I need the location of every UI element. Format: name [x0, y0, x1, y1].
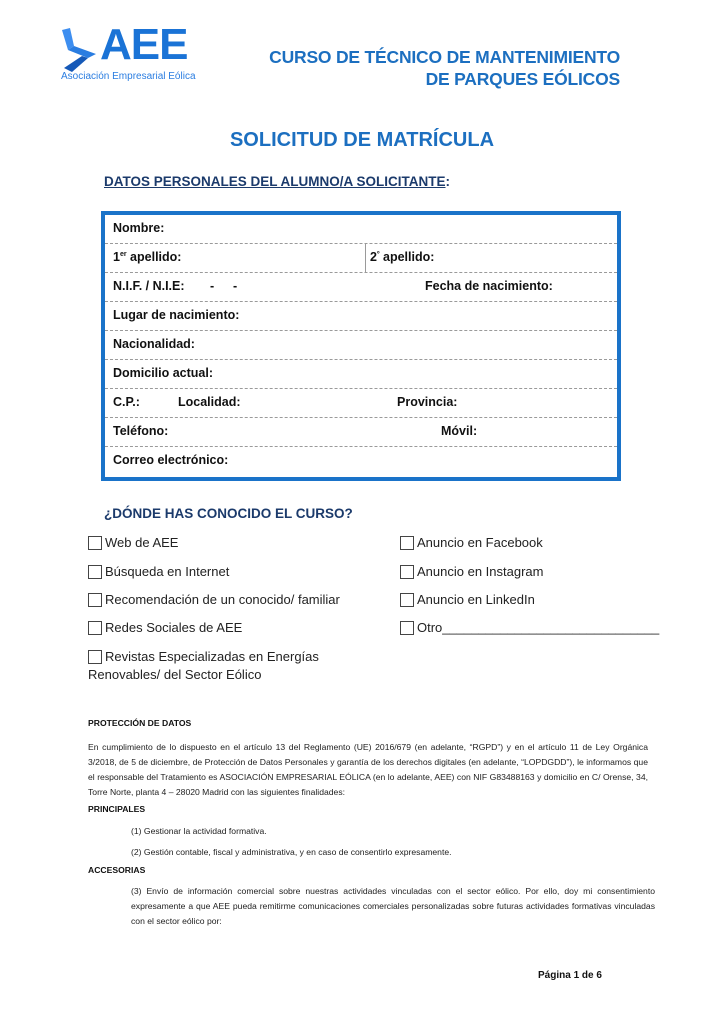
- lugar-nacimiento-label: Lugar de nacimiento:: [113, 308, 239, 322]
- checkbox-icon[interactable]: [400, 621, 414, 635]
- checkbox-icon[interactable]: [400, 536, 414, 550]
- personal-data-heading-text: DATOS PERSONALES DEL ALUMNO/A SOLICITANT…: [104, 174, 446, 189]
- logo-text: AEE: [100, 20, 187, 70]
- movil-label[interactable]: Móvil:: [441, 424, 477, 438]
- accesoria-item: (3) Envío de información comercial sobre…: [131, 884, 655, 929]
- principal-item: (2) Gestión contable, fiscal y administr…: [131, 845, 655, 860]
- nif-label[interactable]: N.I.F. / N.I.E:: [113, 279, 185, 293]
- field-row-domicilio[interactable]: Domicilio actual:: [105, 360, 617, 389]
- option-redes-sociales[interactable]: Redes Sociales de AEE: [88, 620, 242, 635]
- logo-subtitle: Asociación Empresarial Eólica: [61, 71, 196, 82]
- data-protection-intro: En cumplimiento de lo dispuesto en el ar…: [88, 740, 648, 800]
- apellido2-label[interactable]: 2º apellido:: [370, 250, 434, 264]
- checkbox-icon[interactable]: [400, 593, 414, 607]
- aee-logo: AEE Asociación Empresarial Eólica: [58, 26, 208, 82]
- wind-turbine-logo-icon: [58, 28, 98, 72]
- option-instagram[interactable]: Anuncio en Instagram: [400, 564, 543, 579]
- option-web-aee[interactable]: Web de AEE: [88, 535, 178, 550]
- column-divider: [365, 244, 366, 272]
- option-facebook[interactable]: Anuncio en Facebook: [400, 535, 543, 550]
- field-row-apellidos: 1er apellido: 2º apellido:: [105, 244, 617, 273]
- field-row-telefono: Teléfono: Móvil:: [105, 418, 617, 447]
- checkbox-icon[interactable]: [88, 565, 102, 579]
- option-otro[interactable]: Otro______________________________: [400, 620, 659, 635]
- personal-data-heading: DATOS PERSONALES DEL ALUMNO/A SOLICITANT…: [104, 174, 450, 189]
- data-protection-heading: PROTECCIÓN DE DATOS: [88, 718, 191, 728]
- heading-colon: :: [446, 174, 451, 189]
- fecha-nacimiento-label[interactable]: Fecha de nacimiento:: [425, 279, 553, 293]
- checkbox-icon[interactable]: [88, 621, 102, 635]
- option-revistas[interactable]: Revistas Especializadas en Energías Reno…: [88, 648, 319, 684]
- source-heading: ¿DÓNDE HAS CONOCIDO EL CURSO?: [104, 506, 353, 521]
- field-row-correo[interactable]: Correo electrónico:: [105, 447, 617, 477]
- course-title-line2: DE PARQUES EÓLICOS: [269, 68, 620, 90]
- localidad-label[interactable]: Localidad:: [178, 395, 241, 409]
- checkbox-icon[interactable]: [400, 565, 414, 579]
- course-title: CURSO DE TÉCNICO DE MANTENIMIENTO DE PAR…: [269, 46, 620, 90]
- nif-separator: -: [233, 279, 237, 293]
- principal-item: (1) Gestionar la actividad formativa.: [131, 824, 655, 839]
- option-recomendacion[interactable]: Recomendación de un conocido/ familiar: [88, 592, 340, 607]
- cp-label[interactable]: C.P.:: [113, 395, 140, 409]
- nacionalidad-label: Nacionalidad:: [113, 337, 195, 351]
- field-row-nombre[interactable]: Nombre:: [105, 215, 617, 244]
- apellido1-label[interactable]: 1er apellido:: [113, 250, 181, 264]
- personal-data-form: Nombre: 1er apellido: 2º apellido: N.I.F…: [101, 211, 621, 481]
- telefono-label[interactable]: Teléfono:: [113, 424, 168, 438]
- field-row-lugar-nacimiento[interactable]: Lugar de nacimiento:: [105, 302, 617, 331]
- field-row-direccion: C.P.: Localidad: Provincia:: [105, 389, 617, 418]
- principales-heading: PRINCIPALES: [88, 804, 145, 814]
- field-row-nif: N.I.F. / N.I.E: - - Fecha de nacimiento:: [105, 273, 617, 302]
- option-busqueda-internet[interactable]: Búsqueda en Internet: [88, 564, 229, 579]
- course-title-line1: CURSO DE TÉCNICO DE MANTENIMIENTO: [269, 46, 620, 68]
- nombre-label: Nombre:: [113, 221, 164, 235]
- correo-label: Correo electrónico:: [113, 453, 228, 467]
- field-row-nacionalidad[interactable]: Nacionalidad:: [105, 331, 617, 360]
- document-title: SOLICITUD DE MATRÍCULA: [0, 129, 724, 152]
- nif-separator: -: [210, 279, 214, 293]
- option-linkedin[interactable]: Anuncio en LinkedIn: [400, 592, 535, 607]
- checkbox-icon[interactable]: [88, 536, 102, 550]
- checkbox-icon[interactable]: [88, 650, 102, 664]
- checkbox-icon[interactable]: [88, 593, 102, 607]
- page-number: Página 1 de 6: [538, 970, 602, 981]
- domicilio-label: Domicilio actual:: [113, 366, 213, 380]
- accesorias-heading: ACCESORIAS: [88, 865, 145, 875]
- provincia-label[interactable]: Provincia:: [397, 395, 457, 409]
